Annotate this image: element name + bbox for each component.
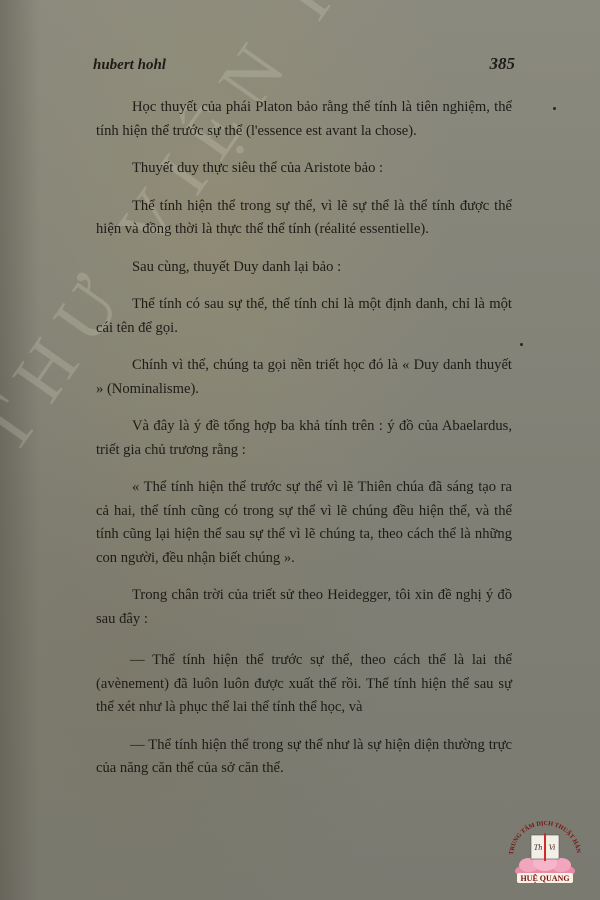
running-header: hubert hohl 385 bbox=[93, 54, 515, 74]
hue-quang-logo: TRUNG TÂM DỊCH THUẬT HÁN NÔM Th Vi HUỆ Q… bbox=[505, 815, 585, 887]
svg-text:Vi: Vi bbox=[549, 843, 556, 852]
page-body: Học thuyết của phái Platon bảo rằng thể … bbox=[96, 96, 512, 795]
paragraph: Và đây là ý đề tổng hợp ba khả tính trên… bbox=[96, 415, 512, 462]
paragraph: Trong chân trời của triết sử theo Heideg… bbox=[96, 584, 512, 631]
paragraph: Sau cùng, thuyết Duy danh lại bảo : bbox=[96, 256, 512, 280]
ink-speck bbox=[553, 107, 556, 110]
quote-paragraph: « Thể tính hiện thể trước sự thể vì lẽ T… bbox=[96, 476, 512, 570]
paragraph: Thể tính hiện thể trong sự thể, vì lẽ sự… bbox=[96, 195, 512, 242]
page-edge-shadow bbox=[0, 0, 40, 900]
dash-paragraph: — Thể tính hiện thể trước sự thể, theo c… bbox=[96, 649, 512, 720]
author-name: hubert hohl bbox=[93, 57, 166, 74]
paragraph: Chính vì thế, chúng ta gọi nền triết học… bbox=[96, 354, 512, 401]
page-number: 385 bbox=[490, 54, 516, 74]
svg-text:HUỆ QUANG: HUỆ QUANG bbox=[520, 874, 569, 883]
svg-text:Th: Th bbox=[534, 843, 542, 852]
paragraph: Thể tính có sau sự thể, thể tính chỉ là … bbox=[96, 293, 512, 340]
paragraph: Học thuyết của phái Platon bảo rằng thể … bbox=[96, 96, 512, 143]
ink-speck bbox=[520, 343, 523, 346]
dash-paragraph: — Thể tính hiện thể trong sự thể như là … bbox=[96, 734, 512, 781]
paragraph: Thuyết duy thực siêu thể của Aristote bả… bbox=[96, 157, 512, 181]
lotus-book-icon: TRUNG TÂM DỊCH THUẬT HÁN NÔM Th Vi HUỆ Q… bbox=[505, 815, 585, 887]
